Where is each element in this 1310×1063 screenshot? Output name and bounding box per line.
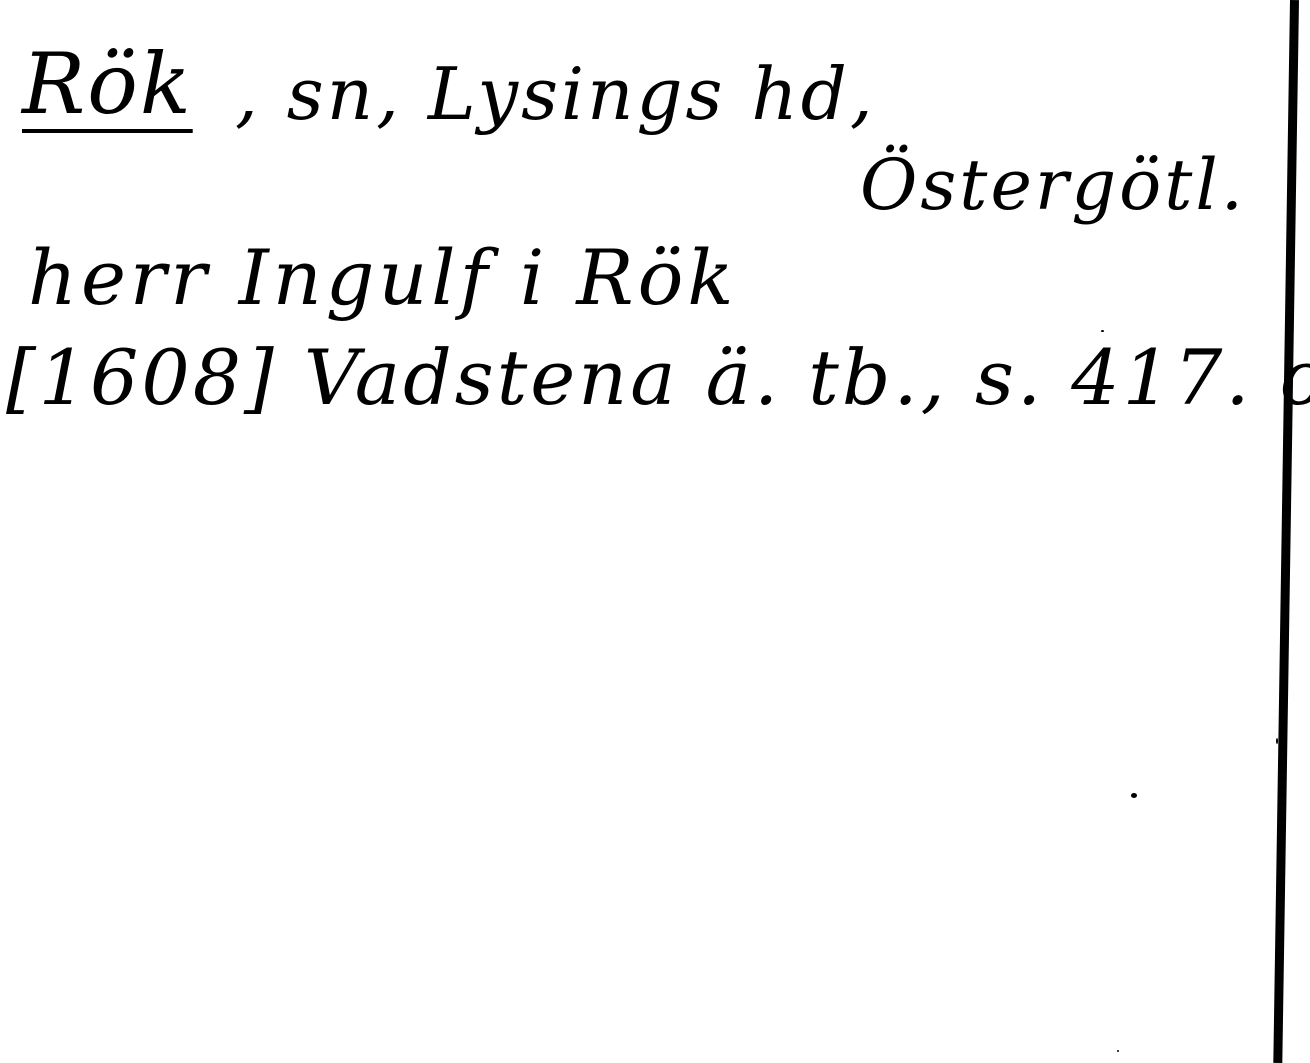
archive-index-card: Rök , sn, Lysings hd, Östergötl. herr In…: [0, 0, 1310, 1063]
scan-speck: [1276, 738, 1278, 744]
scan-speck: [1117, 1050, 1119, 1052]
province-label: Östergötl.: [860, 150, 1246, 220]
headword-place-name: Rök: [22, 42, 193, 126]
source-citation: [1608] Vadstena ä. tb., s. 417. orig.: [6, 340, 1310, 416]
person-reference: herr Ingulf i Rök: [28, 240, 737, 316]
scan-edge-border: [1273, 0, 1299, 1063]
scan-speck: [1101, 330, 1104, 332]
parish-and-district: , sn, Lysings hd,: [235, 58, 876, 130]
scan-speck: [1131, 793, 1137, 798]
